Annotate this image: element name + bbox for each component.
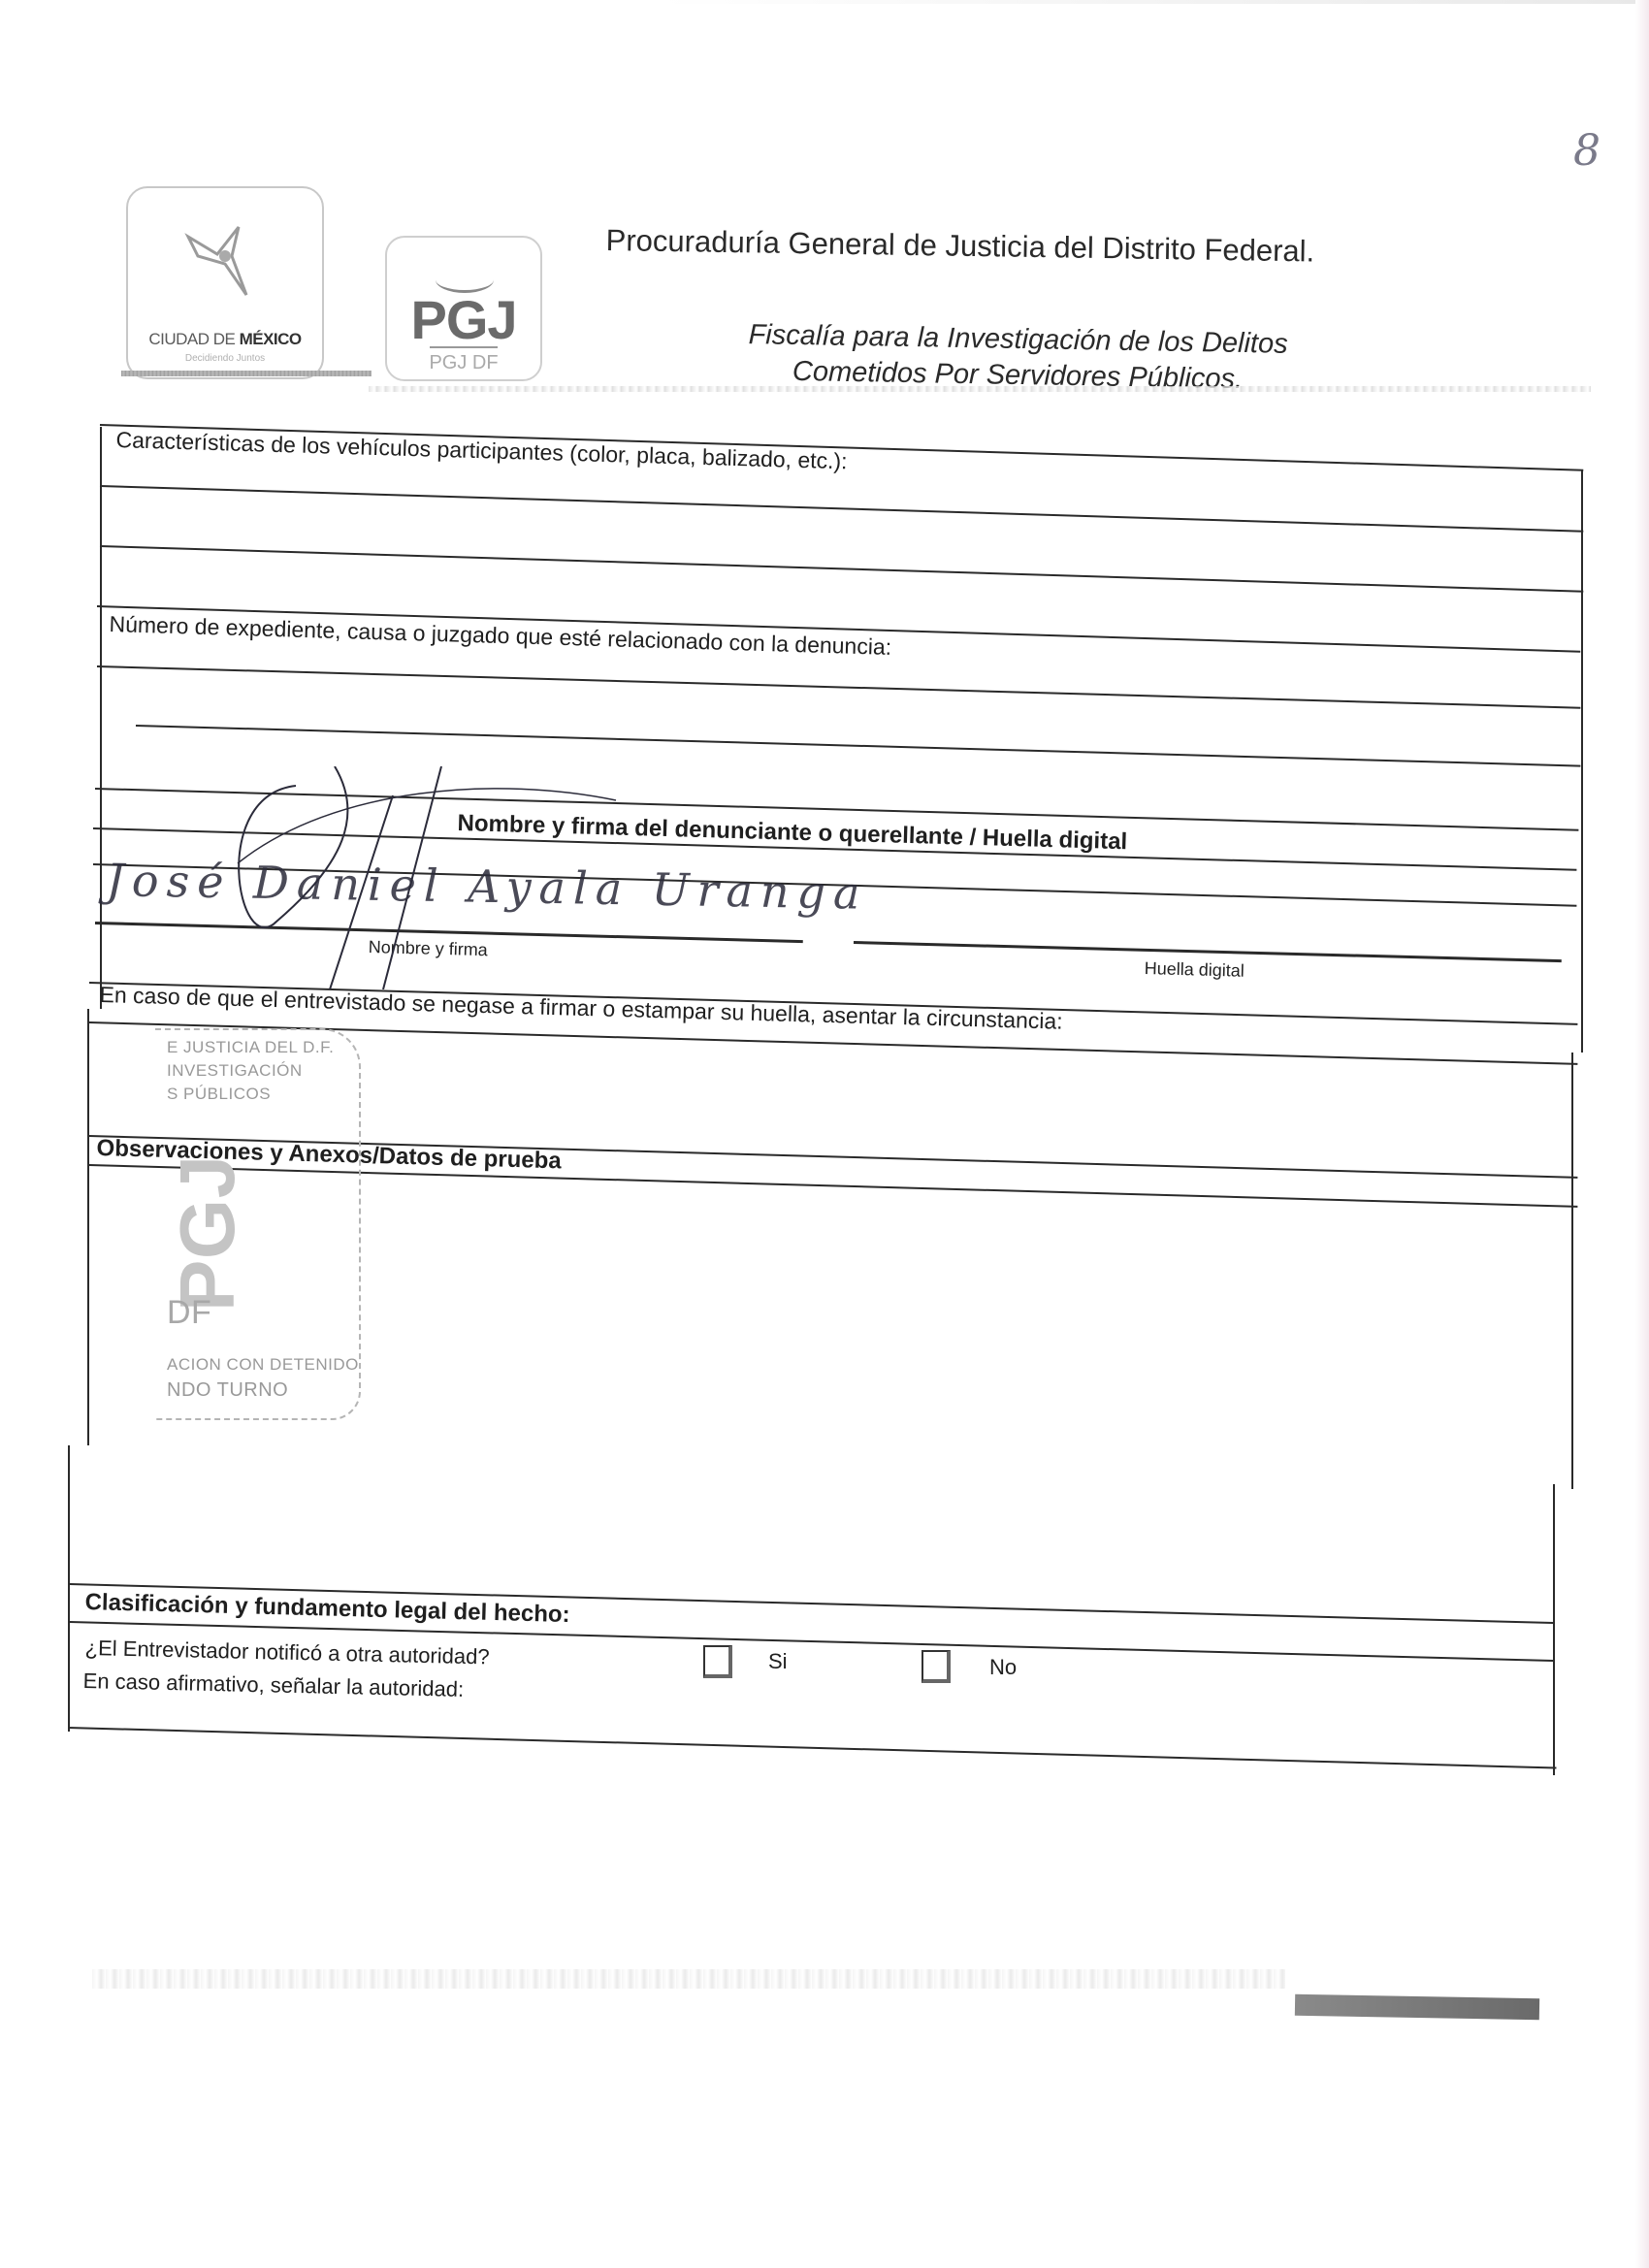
scanned-page: 8 CIUDAD DE MÉXICO Decidiendo Juntos PGJ… [0, 0, 1649, 2268]
vehiculos-label: Características de los vehículos partici… [115, 427, 848, 474]
form-border-left-bottom [68, 1445, 70, 1732]
stamp-line-5: NDO TURNO [167, 1379, 288, 1402]
option-si-label: Si [768, 1649, 788, 1674]
stamp-line-1: E JUSTICIA DEL D.F. [167, 1038, 334, 1057]
huella-caption: Huella digital [1144, 958, 1245, 982]
autoridad-input[interactable] [533, 1673, 1503, 1702]
form-border-right-mid [1571, 1053, 1573, 1489]
stamp-line-2: INVESTIGACIÓN [167, 1061, 303, 1081]
autoridad-label: En caso afirmativo, señalar la autoridad… [82, 1669, 464, 1702]
rule-form-bottom [68, 1727, 1556, 1769]
expediente-input-line-1[interactable] [97, 665, 1580, 709]
stamp-logo: PGJ [163, 1154, 252, 1312]
vehiculos-input-line-2[interactable] [100, 545, 1583, 593]
form-border-right [1581, 470, 1583, 1053]
footer-scan-noise [92, 1969, 1285, 1989]
official-stamp: E JUSTICIA DEL D.F. INVESTIGACIÓN S PÚBL… [155, 1028, 361, 1420]
expediente-input-line-2[interactable] [136, 725, 1580, 767]
vehiculos-input-line-1[interactable] [100, 485, 1583, 533]
footer-gray-bar [1295, 1994, 1539, 2020]
notifico-question: ¿El Entrevistador notificó a otra autori… [84, 1636, 489, 1669]
stamp-df: DF [167, 1294, 211, 1332]
stamp-line-3: S PÚBLICOS [167, 1085, 271, 1104]
stamp-line-4: ACION CON DETENIDO [167, 1355, 359, 1375]
